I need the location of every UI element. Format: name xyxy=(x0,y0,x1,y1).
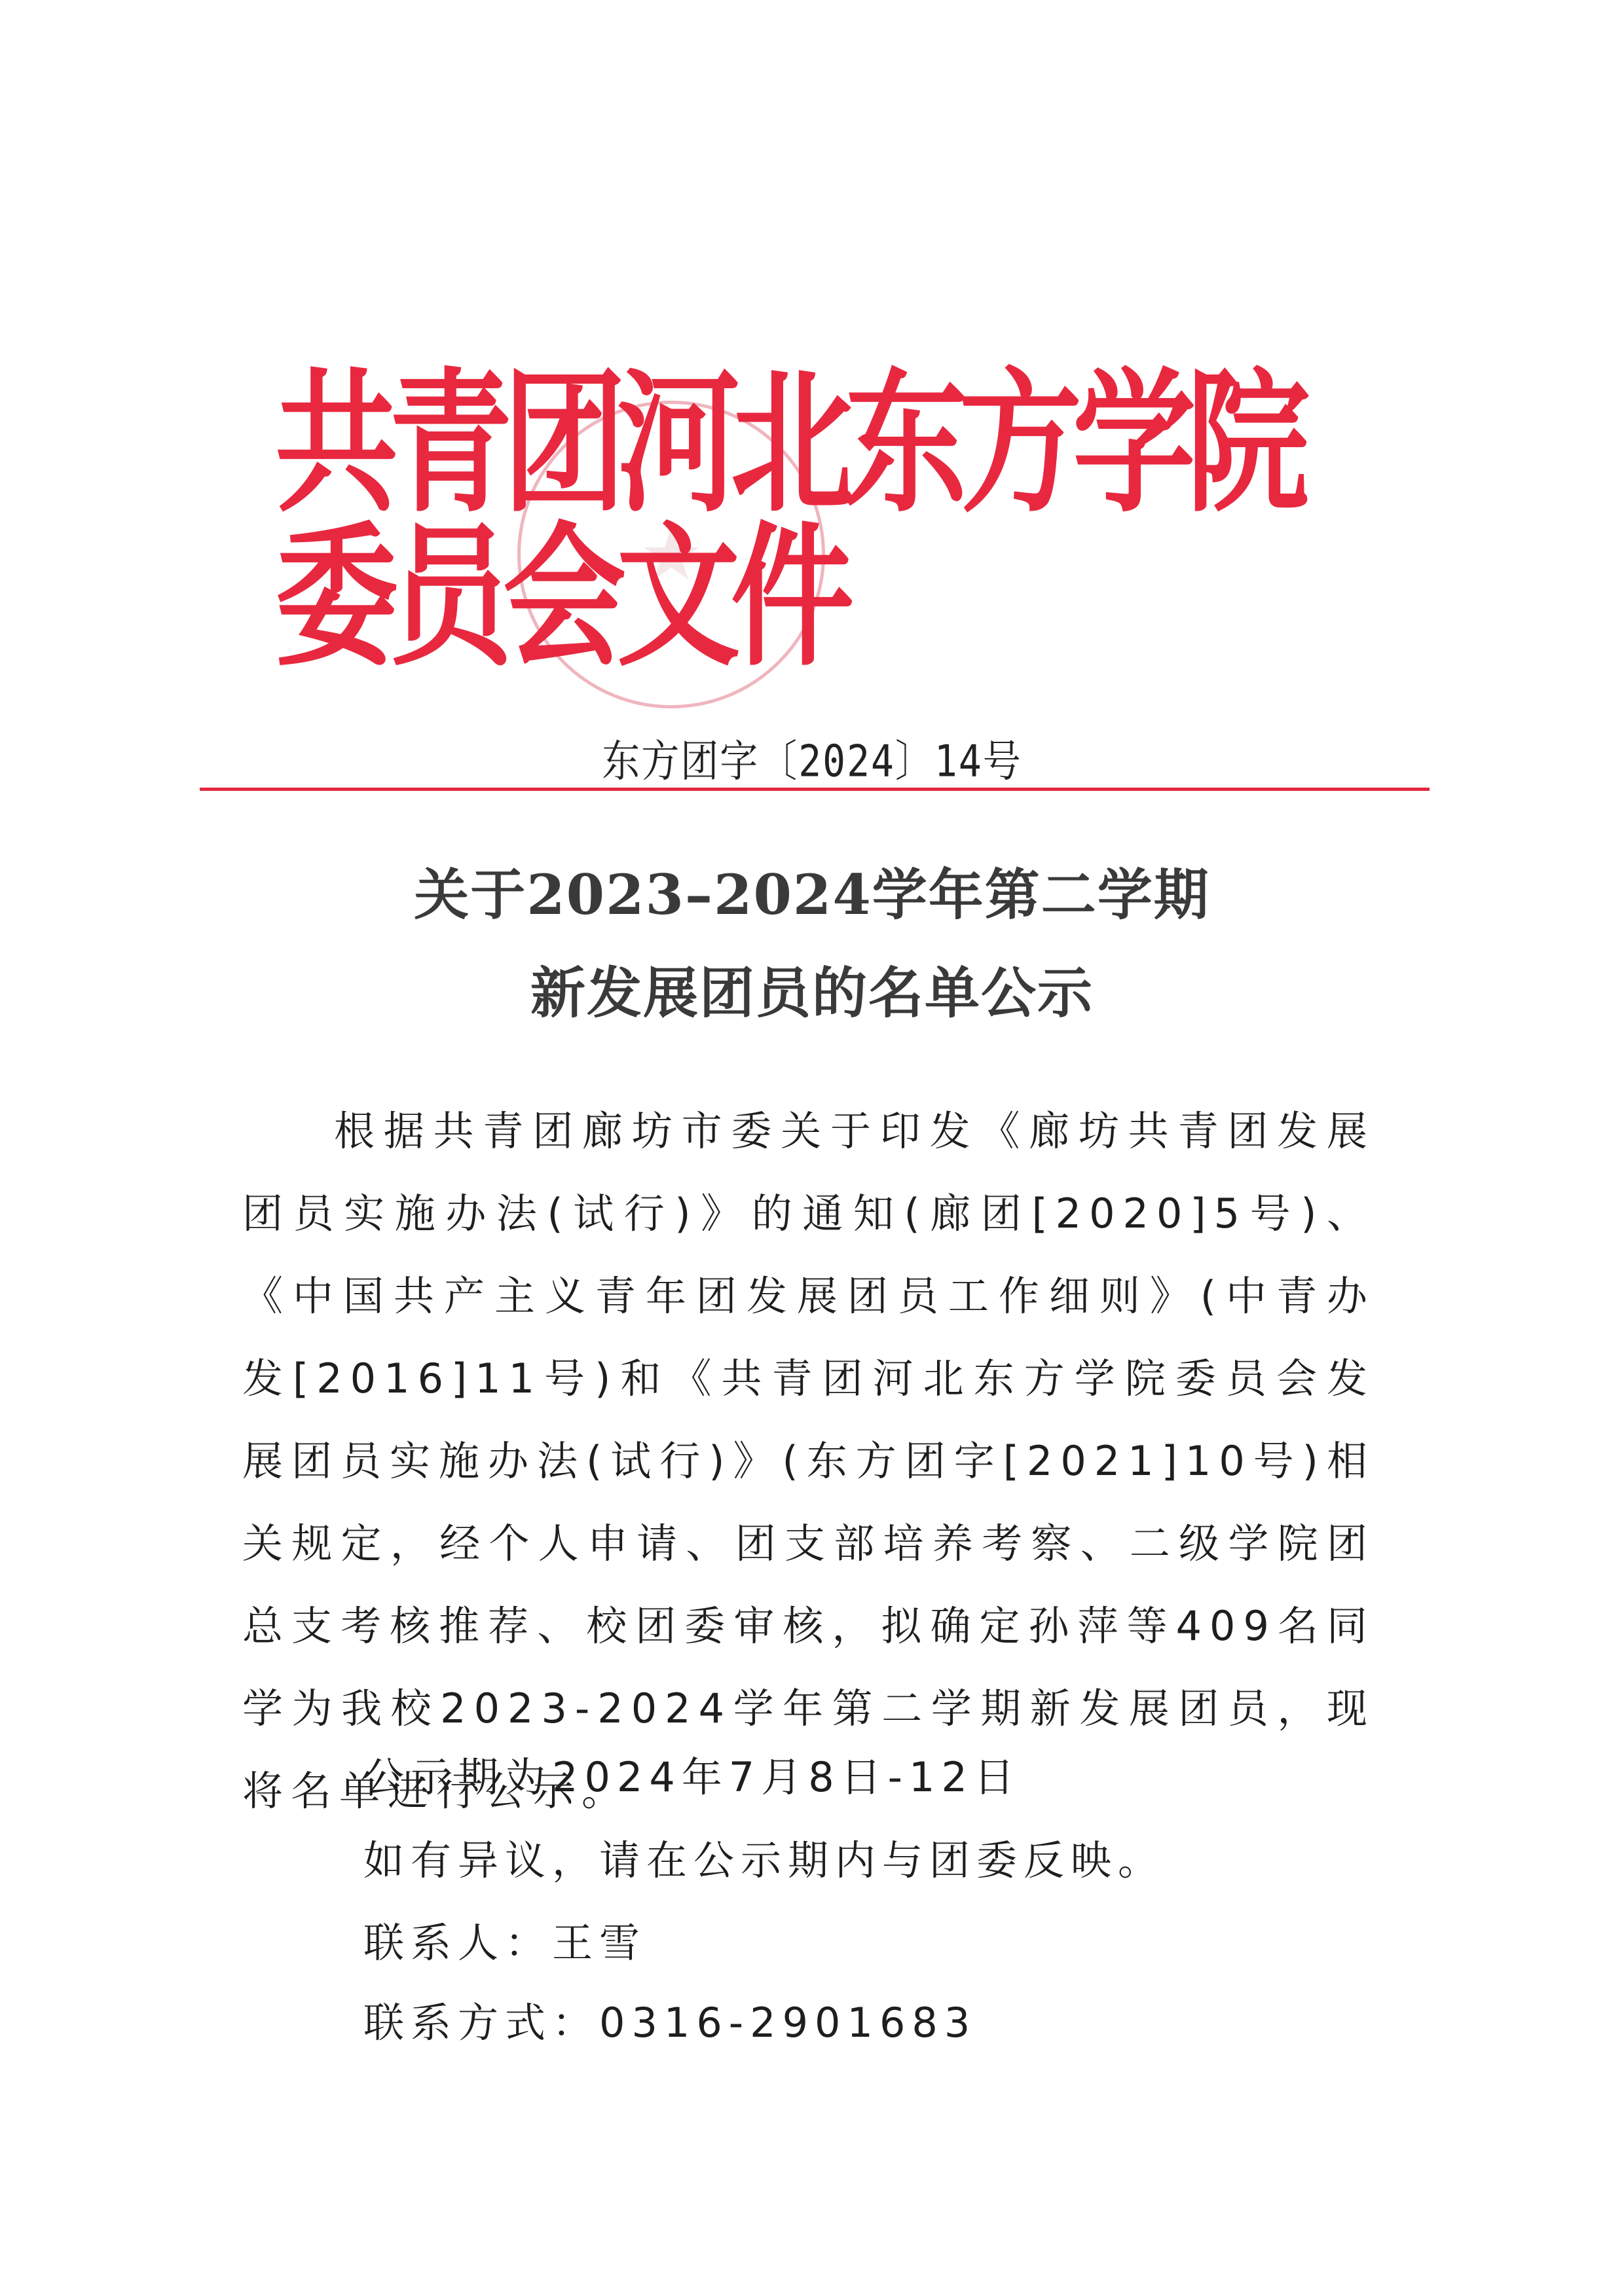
publicity-period: 公示期为2024年7月8日-12日 xyxy=(363,1745,1021,1803)
objection-notice: 如有异议，请在公示期内与团委反映。 xyxy=(363,1828,1165,1886)
document-title-line-2: 新发展团员的名单公示 xyxy=(0,949,1624,1029)
contact-person: 联系人：王雪 xyxy=(363,1910,646,1969)
masthead-title: 共青团河北东方学院委员会文件 xyxy=(275,426,1375,615)
document-page: ★ 共青团河北东方学院委员会文件 东方团字〔2024〕14号 关于2023–20… xyxy=(0,0,1624,2296)
red-divider xyxy=(200,788,1430,791)
document-title-line-1: 关于2023–2024学年第二学期 xyxy=(0,851,1624,930)
contact-phone: 联系方式：0316-2901683 xyxy=(363,1990,976,2049)
body-paragraph: 根据共青团廊坊市委关于印发《廊坊共青团发展团员实施办法(试行)》的通知(廊团[2… xyxy=(242,1090,1375,1832)
document-number: 东方团字〔2024〕14号 xyxy=(0,726,1624,790)
